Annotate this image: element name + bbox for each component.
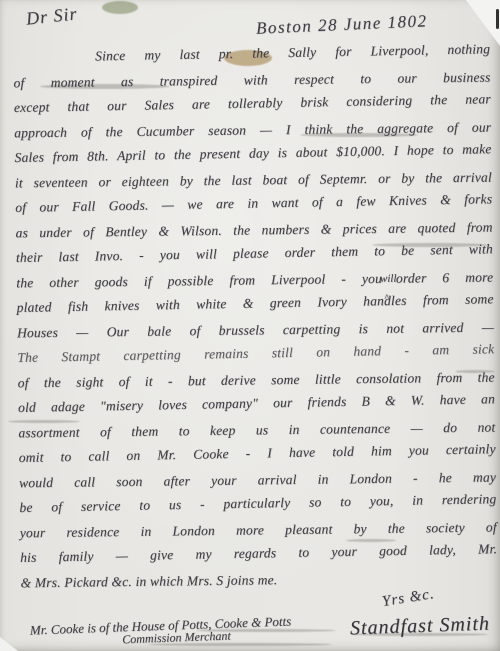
dateline: Boston 28 June 1802 [256, 11, 428, 38]
signature: Standfast Smith [350, 613, 491, 641]
salutation: Dr Sir [25, 3, 78, 29]
paper-corner-cut [0, 637, 18, 651]
letter-page: Dr Sir Boston 28 June 1802 Since my last… [0, 0, 500, 651]
letter-body: Since my last pr. the Sally for Liverpoo… [13, 38, 498, 595]
line-text-post: order 6 more [396, 270, 493, 286]
line-text-pre: the other goods if possible from Liverpo… [16, 271, 382, 290]
smudge-mark [102, 1, 138, 14]
scan-edge-mark [496, 9, 499, 29]
